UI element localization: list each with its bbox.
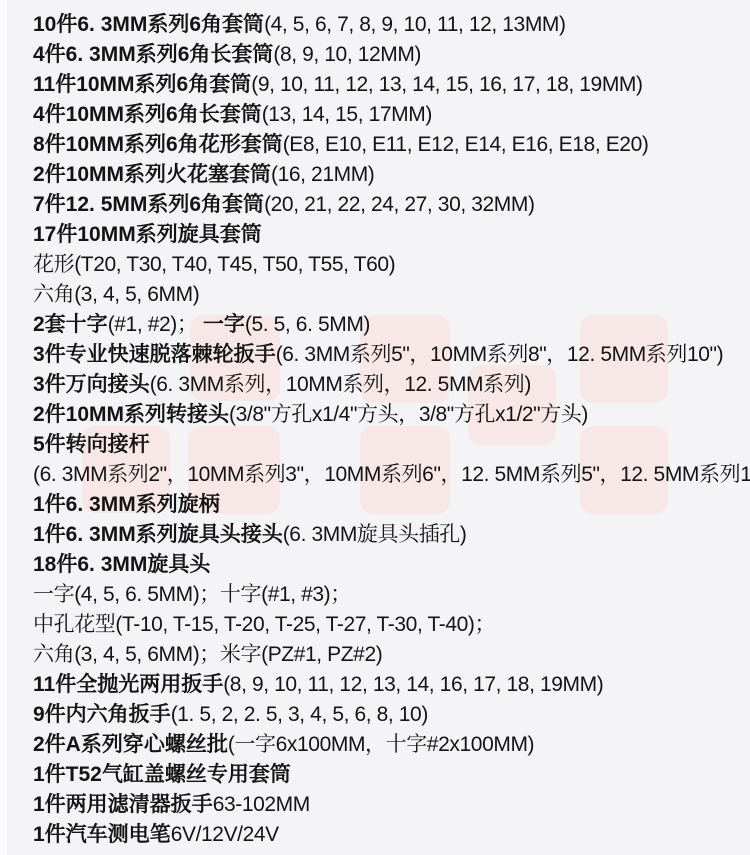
spec-line: 4件6. 3MM系列6角长套筒(8, 9, 10, 12MM)	[33, 40, 750, 70]
spec-segment-regular: (13, 14, 15, 17MM)	[262, 103, 432, 126]
spec-segment-regular: (6. 3MM旋具头插孔)	[283, 523, 467, 546]
spec-line: 11件全抛光两用扳手(8, 9, 10, 11, 12, 13, 14, 16,…	[33, 670, 750, 700]
spec-segment-regular: 中孔花型(T-10, T-15, T-20, T-25, T-27, T-30,…	[33, 613, 495, 636]
spec-segment-bold: 11件全抛光两用扳手	[33, 673, 223, 696]
spec-line: 18件6. 3MM旋具头	[33, 550, 750, 580]
spec-segment-bold: 1件6. 3MM系列旋柄	[33, 493, 220, 516]
spec-line: 1件6. 3MM系列旋具头接头(6. 3MM旋具头插孔)	[33, 520, 750, 550]
spec-line: 3件万向接头(6. 3MM系列，10MM系列，12. 5MM系列)	[33, 370, 750, 400]
spec-segment-bold: 8件10MM系列6角花形套筒	[33, 133, 283, 156]
spec-line: 2件10MM系列火花塞套筒(16, 21MM)	[33, 160, 750, 190]
spec-line: 花形(T20, T30, T40, T45, T50, T55, T60)	[33, 250, 750, 280]
spec-line: 六角(3, 4, 5, 6MM)；米字(PZ#1, PZ#2)	[33, 640, 750, 670]
spec-segment-bold: 1件两用滤清器扳手	[33, 793, 213, 816]
spec-line: 1件汽车测电笔6V/12V/24V	[33, 820, 750, 850]
spec-segment-bold: 17件10MM系列旋具套筒	[33, 223, 262, 246]
spec-line: 六角(3, 4, 5, 6MM)	[33, 280, 750, 310]
spec-segment-regular: (E8, E10, E11, E12, E14, E16, E18, E20)	[283, 133, 649, 156]
spec-line: 2件10MM系列转接头(3/8"方孔x1/4"方头，3/8"方孔x1/2"方头)	[33, 400, 750, 430]
spec-line: (6. 3MM系列2"，10MM系列3"，10MM系列6"，12. 5MM系列5…	[33, 460, 750, 490]
spec-segment-bold: 4件10MM系列6角长套筒	[33, 103, 262, 126]
spec-list: 10件6. 3MM系列6角套筒(4, 5, 6, 7, 8, 9, 10, 11…	[33, 10, 750, 850]
spec-segment-regular: (20, 21, 22, 24, 27, 30, 32MM)	[264, 193, 535, 216]
spec-segment-bold: 11件10MM系列6角套筒	[33, 73, 251, 96]
spec-line: 一字(4, 5, 6. 5MM)；十字(#1, #3)；	[33, 580, 750, 610]
spec-line: 3件专业快速脱落棘轮扳手(6. 3MM系列5"，10MM系列8"，12. 5MM…	[33, 340, 750, 370]
spec-segment-bold: 1件汽车测电笔	[33, 823, 171, 846]
spec-line: 中孔花型(T-10, T-15, T-20, T-25, T-27, T-30,…	[33, 610, 750, 640]
spec-segment-regular: (16, 21MM)	[271, 163, 374, 186]
spec-line: 5件转向接杆	[33, 430, 750, 460]
spec-segment-bold: 7件12. 5MM系列6角套筒	[33, 193, 264, 216]
spec-segment-regular: (8, 9, 10, 11, 12, 13, 14, 16, 17, 18, 1…	[223, 673, 603, 696]
spec-segment-regular: (6. 3MM系列2"，10MM系列3"，10MM系列6"，12. 5MM系列5…	[33, 463, 750, 486]
spec-segment-bold: 3件万向接头	[33, 373, 150, 396]
spec-segment-regular: (6. 3MM系列5"，10MM系列8"，12. 5MM系列10")	[276, 343, 724, 366]
spec-segment-regular: (9, 10, 11, 12, 13, 14, 15, 16, 17, 18, …	[251, 73, 642, 96]
spec-segment-regular: (6. 3MM系列，10MM系列，12. 5MM系列)	[150, 373, 531, 396]
spec-segment-bold: 2件10MM系列转接头	[33, 403, 229, 426]
spec-segment-regular: (#1, #2)；	[108, 313, 203, 336]
spec-segment-regular: 花形(T20, T30, T40, T45, T50, T55, T60)	[33, 253, 395, 276]
spec-segment-regular: (5. 5, 6. 5MM)	[245, 313, 370, 336]
spec-segment-regular: 6V/12V/24V	[171, 823, 279, 846]
spec-segment-bold: 2件A系列穿心螺丝批	[33, 733, 228, 756]
spec-segment-regular: (8, 9, 10, 12MM)	[273, 43, 421, 66]
spec-segment-regular: (一字6x100MM，十字#2x100MM)	[228, 733, 534, 756]
spec-segment-bold: 1件6. 3MM系列旋具头接头	[33, 523, 283, 546]
spec-line: 10件6. 3MM系列6角套筒(4, 5, 6, 7, 8, 9, 10, 11…	[33, 10, 750, 40]
spec-line: 7件12. 5MM系列6角套筒(20, 21, 22, 24, 27, 30, …	[33, 190, 750, 220]
spec-line: 8件10MM系列6角花形套筒(E8, E10, E11, E12, E14, E…	[33, 130, 750, 160]
spec-segment-bold: 9件内六角扳手	[33, 703, 171, 726]
spec-line: 2件A系列穿心螺丝批(一字6x100MM，十字#2x100MM)	[33, 730, 750, 760]
spec-segment-bold: 4件6. 3MM系列6角长套筒	[33, 43, 273, 66]
spec-segment-regular: 六角(3, 4, 5, 6MM)	[33, 283, 199, 306]
spec-segment-regular: (3/8"方孔x1/4"方头，3/8"方孔x1/2"方头)	[229, 403, 588, 426]
spec-line: 1件6. 3MM系列旋柄	[33, 490, 750, 520]
spec-line: 17件10MM系列旋具套筒	[33, 220, 750, 250]
spec-segment-bold: 18件6. 3MM旋具头	[33, 553, 210, 576]
spec-segment-regular: 六角(3, 4, 5, 6MM)；米字(PZ#1, PZ#2)	[33, 643, 382, 666]
spec-segment-bold: 5件转向接杆	[33, 433, 150, 456]
spec-segment-bold: 1件T52气缸盖螺丝专用套筒	[33, 763, 291, 786]
spec-line: 1件T52气缸盖螺丝专用套筒	[33, 760, 750, 790]
spec-segment-regular: 63-102MM	[213, 793, 310, 816]
spec-segment-regular: 一字(4, 5, 6. 5MM)；十字(#1, #3)；	[33, 583, 351, 606]
spec-segment-bold: 3件专业快速脱落棘轮扳手	[33, 343, 276, 366]
spec-line: 9件内六角扳手(1. 5, 2, 2. 5, 3, 4, 5, 6, 8, 10…	[33, 700, 750, 730]
spec-segment-bold: 2套十字	[33, 313, 108, 336]
spec-segment-bold: 10件6. 3MM系列6角套筒	[33, 13, 264, 36]
spec-segment-bold: 一字	[203, 313, 245, 336]
spec-segment-regular: (1. 5, 2, 2. 5, 3, 4, 5, 6, 8, 10)	[171, 703, 428, 726]
spec-line: 1件两用滤清器扳手63-102MM	[33, 790, 750, 820]
spec-segment-regular: (4, 5, 6, 7, 8, 9, 10, 11, 12, 13MM)	[264, 13, 566, 36]
spec-line: 2套十字(#1, #2)； 一字(5. 5, 6. 5MM)	[33, 310, 750, 340]
spec-segment-bold: 2件10MM系列火花塞套筒	[33, 163, 271, 186]
product-spec-page: 10件6. 3MM系列6角套筒(4, 5, 6, 7, 8, 9, 10, 11…	[0, 0, 750, 855]
spec-line: 11件10MM系列6角套筒(9, 10, 11, 12, 13, 14, 15,…	[33, 70, 750, 100]
spec-line: 4件10MM系列6角长套筒(13, 14, 15, 17MM)	[33, 100, 750, 130]
